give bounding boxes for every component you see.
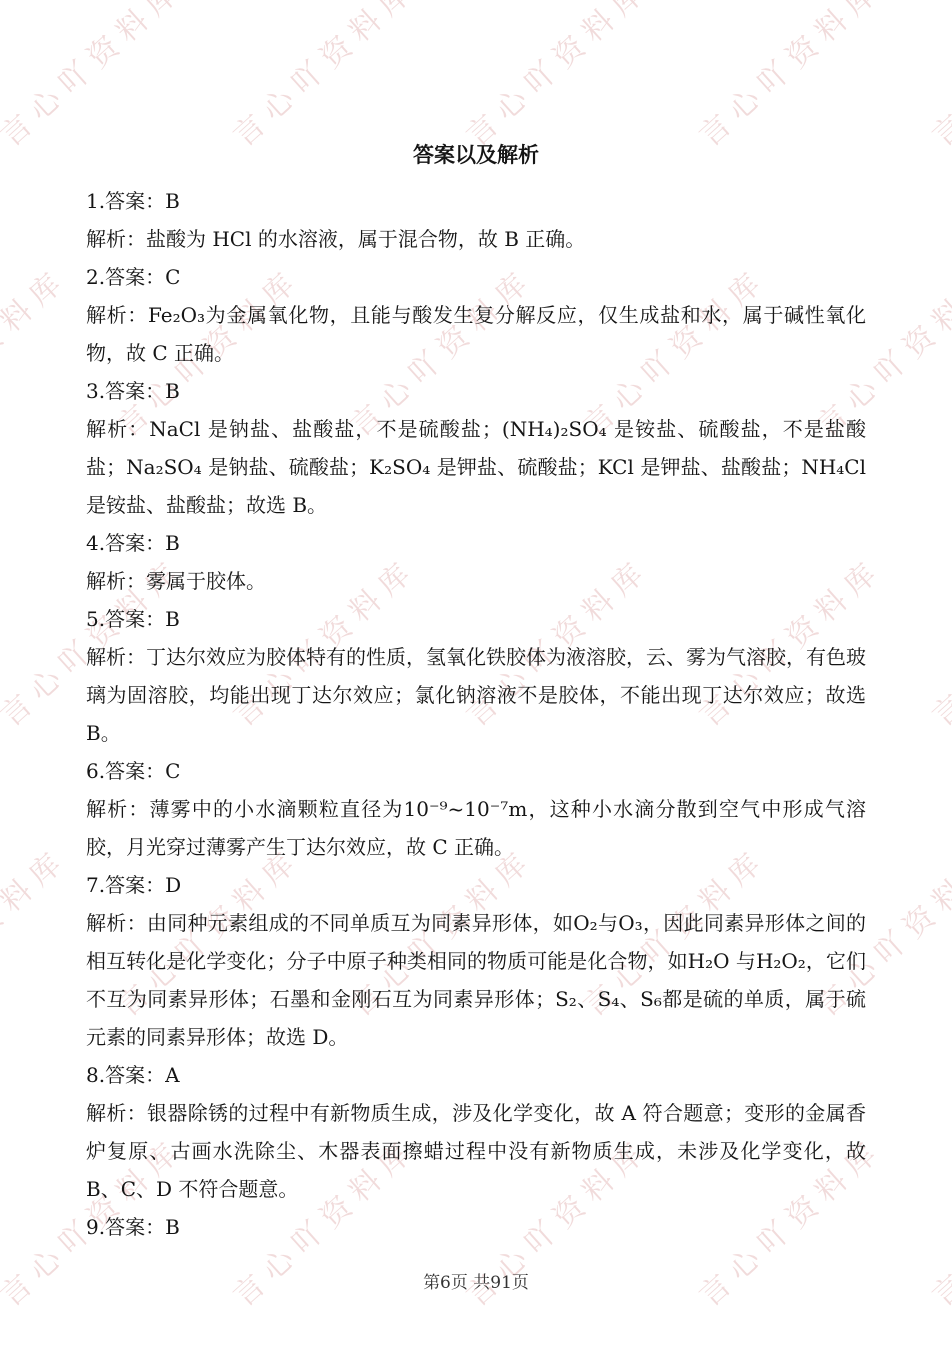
watermark-text: 言心吖资料库 — [0, 835, 76, 1024]
watermark-text: 言心吖资料库 — [920, 0, 952, 155]
answer-label: 7.答案：D — [86, 866, 866, 904]
answer-label: 5.答案：B — [86, 600, 866, 638]
answer-label: 8.答案：A — [86, 1056, 866, 1094]
watermark-text: 言心吖资料库 — [221, 0, 424, 155]
answer-item: 2.答案：C 解析：Fe₂O₃为金属氧化物，且能与酸发生复分解反应，仅生成盐和水… — [86, 258, 866, 372]
answer-item: 3.答案：B 解析：NaCl 是钠盐、盐酸盐，不是硫酸盐；(NH₄)₂SO₄ 是… — [86, 372, 866, 524]
answer-label: 1.答案：B — [86, 182, 866, 220]
answer-label: 2.答案：C — [86, 258, 866, 296]
answer-item: 8.答案：A 解析：银器除锈的过程中有新物质生成，涉及化学变化，故 A 符合题意… — [86, 1056, 866, 1208]
analysis-text: 解析：薄雾中的小水滴颗粒直径为10⁻⁹~10⁻⁷m，这种小水滴分散到空气中形成气… — [86, 790, 866, 866]
answer-item: 9.答案：B — [86, 1208, 866, 1246]
page-title: 答案以及解析 — [86, 140, 866, 170]
page-number-footer: 第6页 共91页 — [0, 1268, 952, 1293]
document-page: 言心吖资料库言心吖资料库言心吖资料库言心吖资料库言心吖资料库言心吖资料库言心吖资… — [0, 0, 952, 1347]
watermark-text: 言心吖资料库 — [920, 545, 952, 734]
analysis-text: 解析：银器除锈的过程中有新物质生成，涉及化学变化，故 A 符合题意；变形的金属香… — [86, 1094, 866, 1208]
analysis-text: 解析：NaCl 是钠盐、盐酸盐，不是硫酸盐；(NH₄)₂SO₄ 是铵盐、硫酸盐，… — [86, 410, 866, 524]
watermark-text: 言心吖资料库 — [687, 0, 890, 155]
answer-label: 9.答案：B — [86, 1208, 866, 1246]
answer-item: 6.答案：C 解析：薄雾中的小水滴颗粒直径为10⁻⁹~10⁻⁷m，这种小水滴分散… — [86, 752, 866, 866]
watermark-text: 言心吖资料库 — [454, 0, 657, 155]
answer-label: 3.答案：B — [86, 372, 866, 410]
watermark-text: 言心吖资料库 — [0, 0, 192, 155]
answer-item: 1.答案：B 解析：盐酸为 HCl 的水溶液，属于混合物，故 B 正确。 — [86, 182, 866, 258]
answer-item: 5.答案：B 解析：丁达尔效应为胶体特有的性质，氢氧化铁胶体为液溶胶，云、雾为气… — [86, 600, 866, 752]
analysis-text: 解析：丁达尔效应为胶体特有的性质，氢氧化铁胶体为液溶胶，云、雾为气溶胶，有色玻璃… — [86, 638, 866, 752]
answer-item: 7.答案：D 解析：由同种元素组成的不同单质互为同素异形体，如O₂与O₃，因此同… — [86, 866, 866, 1056]
answer-label: 6.答案：C — [86, 752, 866, 790]
analysis-text: 解析：由同种元素组成的不同单质互为同素异形体，如O₂与O₃，因此同素异形体之间的… — [86, 904, 866, 1056]
answer-label: 4.答案：B — [86, 524, 866, 562]
analysis-text: 解析：Fe₂O₃为金属氧化物，且能与酸发生复分解反应，仅生成盐和水，属于碱性氧化… — [86, 296, 866, 372]
watermark-text: 言心吖资料库 — [0, 255, 76, 444]
analysis-text: 解析：盐酸为 HCl 的水溶液，属于混合物，故 B 正确。 — [86, 220, 866, 258]
answers-content: 答案以及解析 1.答案：B 解析：盐酸为 HCl 的水溶液，属于混合物，故 B … — [86, 140, 866, 1246]
analysis-text: 解析：雾属于胶体。 — [86, 562, 866, 600]
answer-item: 4.答案：B 解析：雾属于胶体。 — [86, 524, 866, 600]
